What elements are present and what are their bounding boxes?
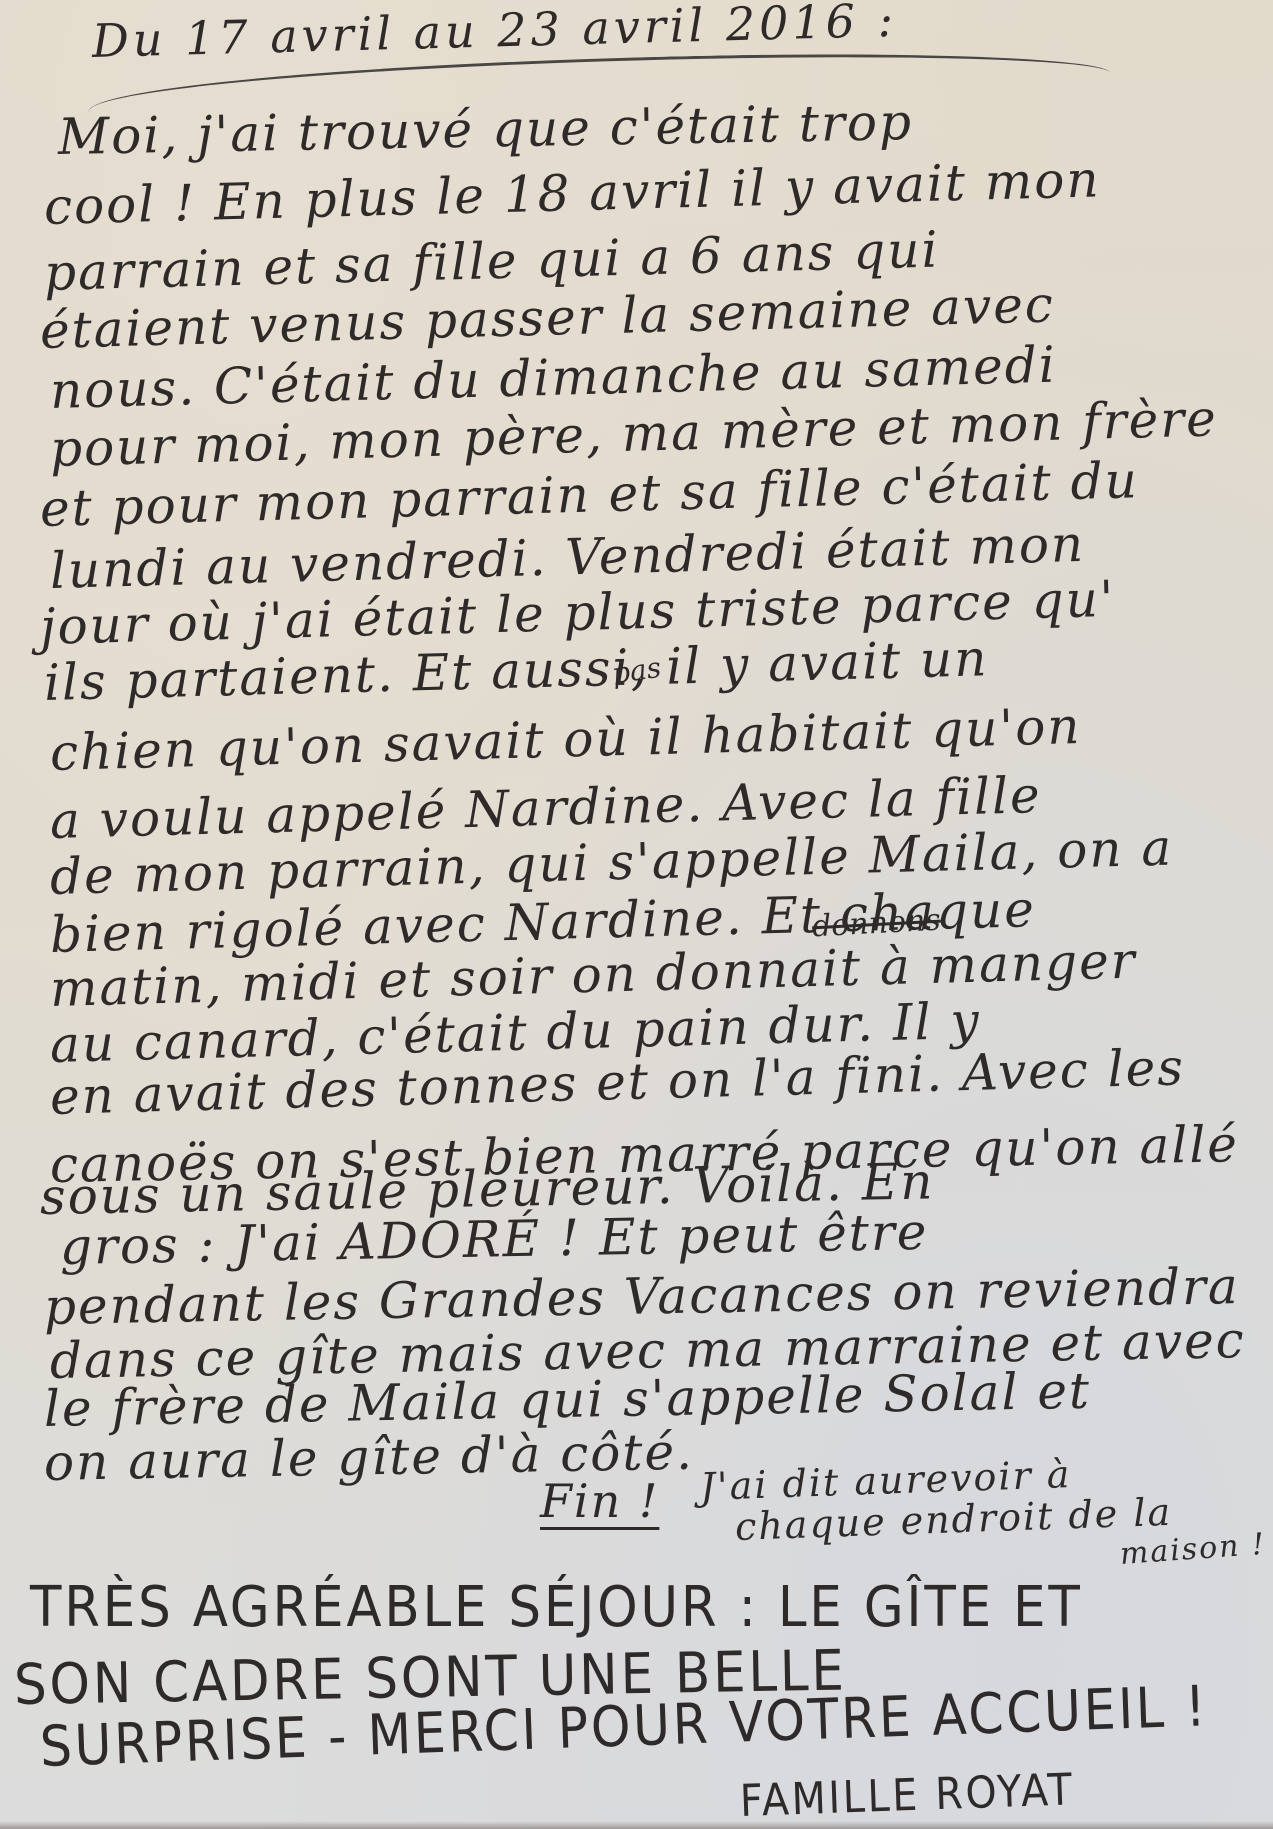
handwritten-line-2: cool ! En plus le 18 avril il y avait mo… <box>43 154 1101 232</box>
fin-label: Fin ! <box>540 1478 659 1524</box>
handwritten-line-11: chien qu'on savait où il habitait qu'on <box>49 701 1082 778</box>
fin-note-line-3: maison ! <box>1119 1530 1267 1570</box>
handwritten-line-20: gros : J'ai ADORÉ ! Et peut être <box>60 1207 929 1272</box>
handwritten-line-1: Moi, j'ai trouvé que c'était trop <box>58 97 914 162</box>
guest-book-page: Du 17 avril au 23 avril 2016 : Moi, j'ai… <box>0 0 1273 1829</box>
adult-message-line-1: TRÈS AGRÉABLE SÉJOUR : LE GÎTE ET <box>30 1580 1083 1636</box>
insertion-above-savait: pas <box>610 651 663 690</box>
signature: FAMILLE ROYAT <box>739 1768 1075 1824</box>
